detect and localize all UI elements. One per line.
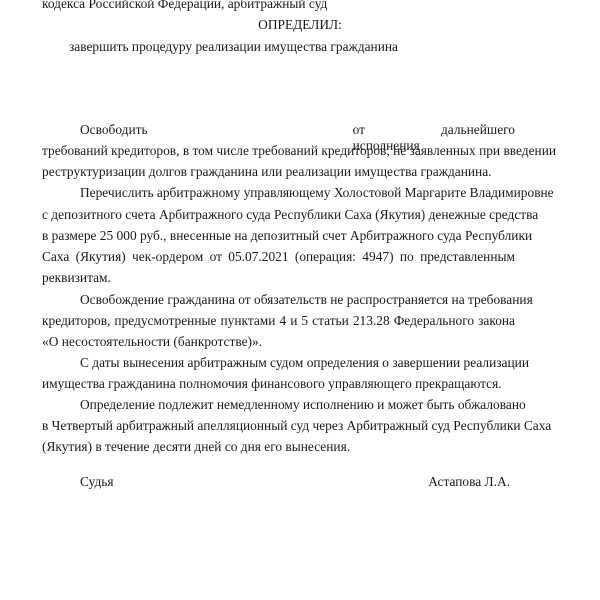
paragraph-release-line-2: требований кредиторов, в том числе требо…: [42, 143, 515, 159]
paragraph-transfer-line-2: с депозитного счета Арбитражного суда Ре…: [42, 207, 515, 223]
paragraph-transfer-line-5: реквизитам.: [42, 270, 515, 286]
document-page: кодекса Российской Федерации, арбитражны…: [0, 0, 600, 600]
redacted-name: [148, 122, 353, 138]
paragraph-transfer-line-1: Перечислить арбитражному управляющему Хо…: [80, 185, 515, 201]
paragraph-appeal-line-3: (Якутия) в течение десяти дней со дня ег…: [42, 439, 515, 455]
paragraph-release-line-3: реструктуризации долгов гражданина или р…: [42, 164, 515, 180]
paragraph-release-line-1: Освободить от дальнейшего исполнения: [80, 122, 515, 138]
release-verb: Освободить: [80, 122, 148, 138]
paragraph-exemption-line-1: Освобождение гражданина от обязательств …: [80, 292, 515, 308]
paragraph-powers-line-1: С даты вынесения арбитражным судом опред…: [80, 355, 515, 371]
paragraph-powers-line-2: имущества гражданина полномочия финансов…: [42, 376, 515, 392]
paragraph-appeal-line-1: Определение подлежит немедленному исполн…: [80, 397, 515, 413]
header-line: кодекса Российской Федерации, арбитражны…: [42, 0, 515, 12]
paragraph-transfer-line-4: Саха (Якутия) чек-ордером от 05.07.2021 …: [42, 249, 515, 265]
paragraph-exemption-line-2: кредиторов, предусмотренные пунктами 4 и…: [42, 313, 515, 329]
paragraph-appeal-line-2: в Четвертый арбитражный апелляционный су…: [42, 418, 515, 434]
signature-name: Астапова Л.А.: [428, 474, 510, 490]
heading-determined: ОПРЕДЕЛИЛ:: [0, 17, 600, 33]
signature-title: Судья: [80, 474, 180, 490]
decision-text: завершить процедуру реализации имущества…: [69, 39, 542, 55]
paragraph-exemption-line-3: «О несостоятельности (банкротстве)».: [42, 334, 515, 350]
release-continuation: от дальнейшего исполнения: [353, 122, 515, 138]
paragraph-transfer-line-3: в размере 25 000 руб., внесенные на депо…: [42, 228, 515, 244]
